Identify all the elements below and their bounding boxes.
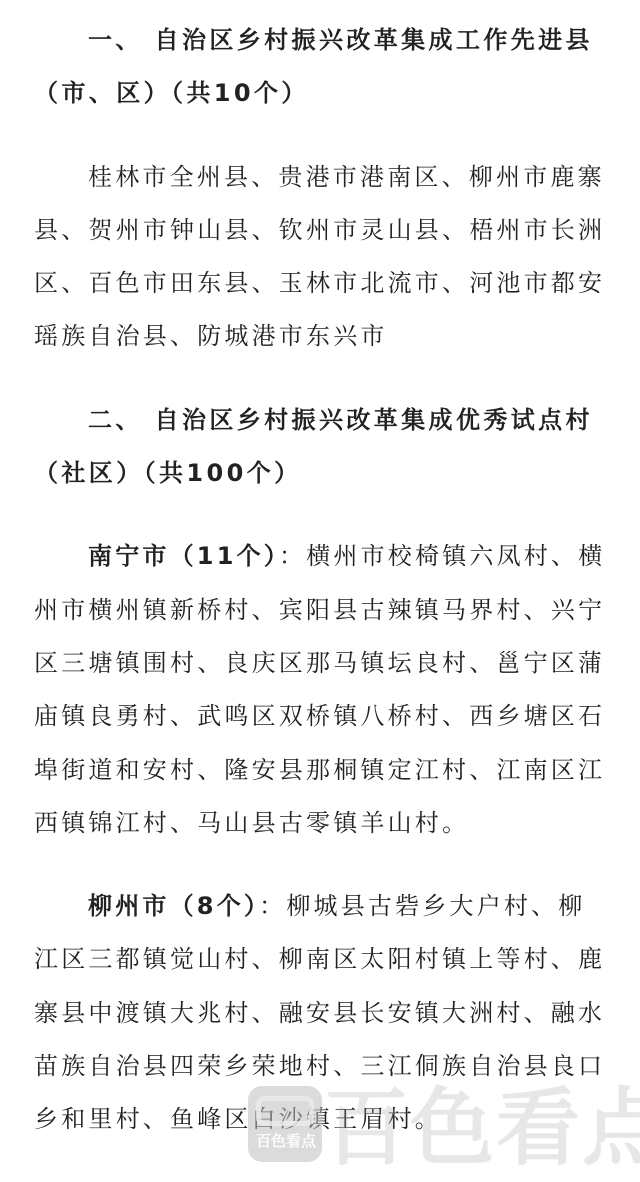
section-1-body: 桂林市全州县、贵港市港南区、柳州市鹿寨县、贺州市钟山县、钦州市灵山县、梧州市长洲…	[34, 151, 610, 364]
liuzhou-villages: 柳城县古砦乡大户村、柳江区三都镇觉山村、柳南区太阳村镇上等村、鹿寨县中渡镇大兆村…	[34, 892, 605, 1133]
separator: ：	[259, 892, 286, 920]
article-body: 一、 自治区乡村振兴改革集成工作先进县（市、区）（共10个） 桂林市全州县、贵港…	[34, 14, 610, 1147]
nanning-villages: 横州市校椅镇六凤村、横州市横州镇新桥村、宾阳县古辣镇马界村、兴宁区三塘镇围村、良…	[34, 542, 605, 836]
nanning-group: 南宁市（11个）：横州市校椅镇六凤村、横州市横州镇新桥村、宾阳县古辣镇马界村、兴…	[34, 530, 610, 850]
separator: ：	[279, 542, 306, 570]
liuzhou-group: 柳州市（8个）：柳城县古砦乡大户村、柳江区三都镇觉山村、柳南区太阳村镇上等村、鹿…	[34, 880, 610, 1146]
spacer	[34, 500, 610, 530]
section-2-heading: 二、 自治区乡村振兴改革集成优秀试点村（社区）（共100个）	[34, 394, 610, 501]
section-1-heading: 一、 自治区乡村振兴改革集成工作先进县（市、区）（共10个）	[34, 14, 610, 121]
spacer	[34, 850, 610, 880]
city-label-nanning: 南宁市（11个）	[88, 542, 279, 570]
spacer	[34, 364, 610, 394]
city-label-liuzhou: 柳州市（8个）	[88, 892, 259, 920]
spacer	[34, 121, 610, 151]
